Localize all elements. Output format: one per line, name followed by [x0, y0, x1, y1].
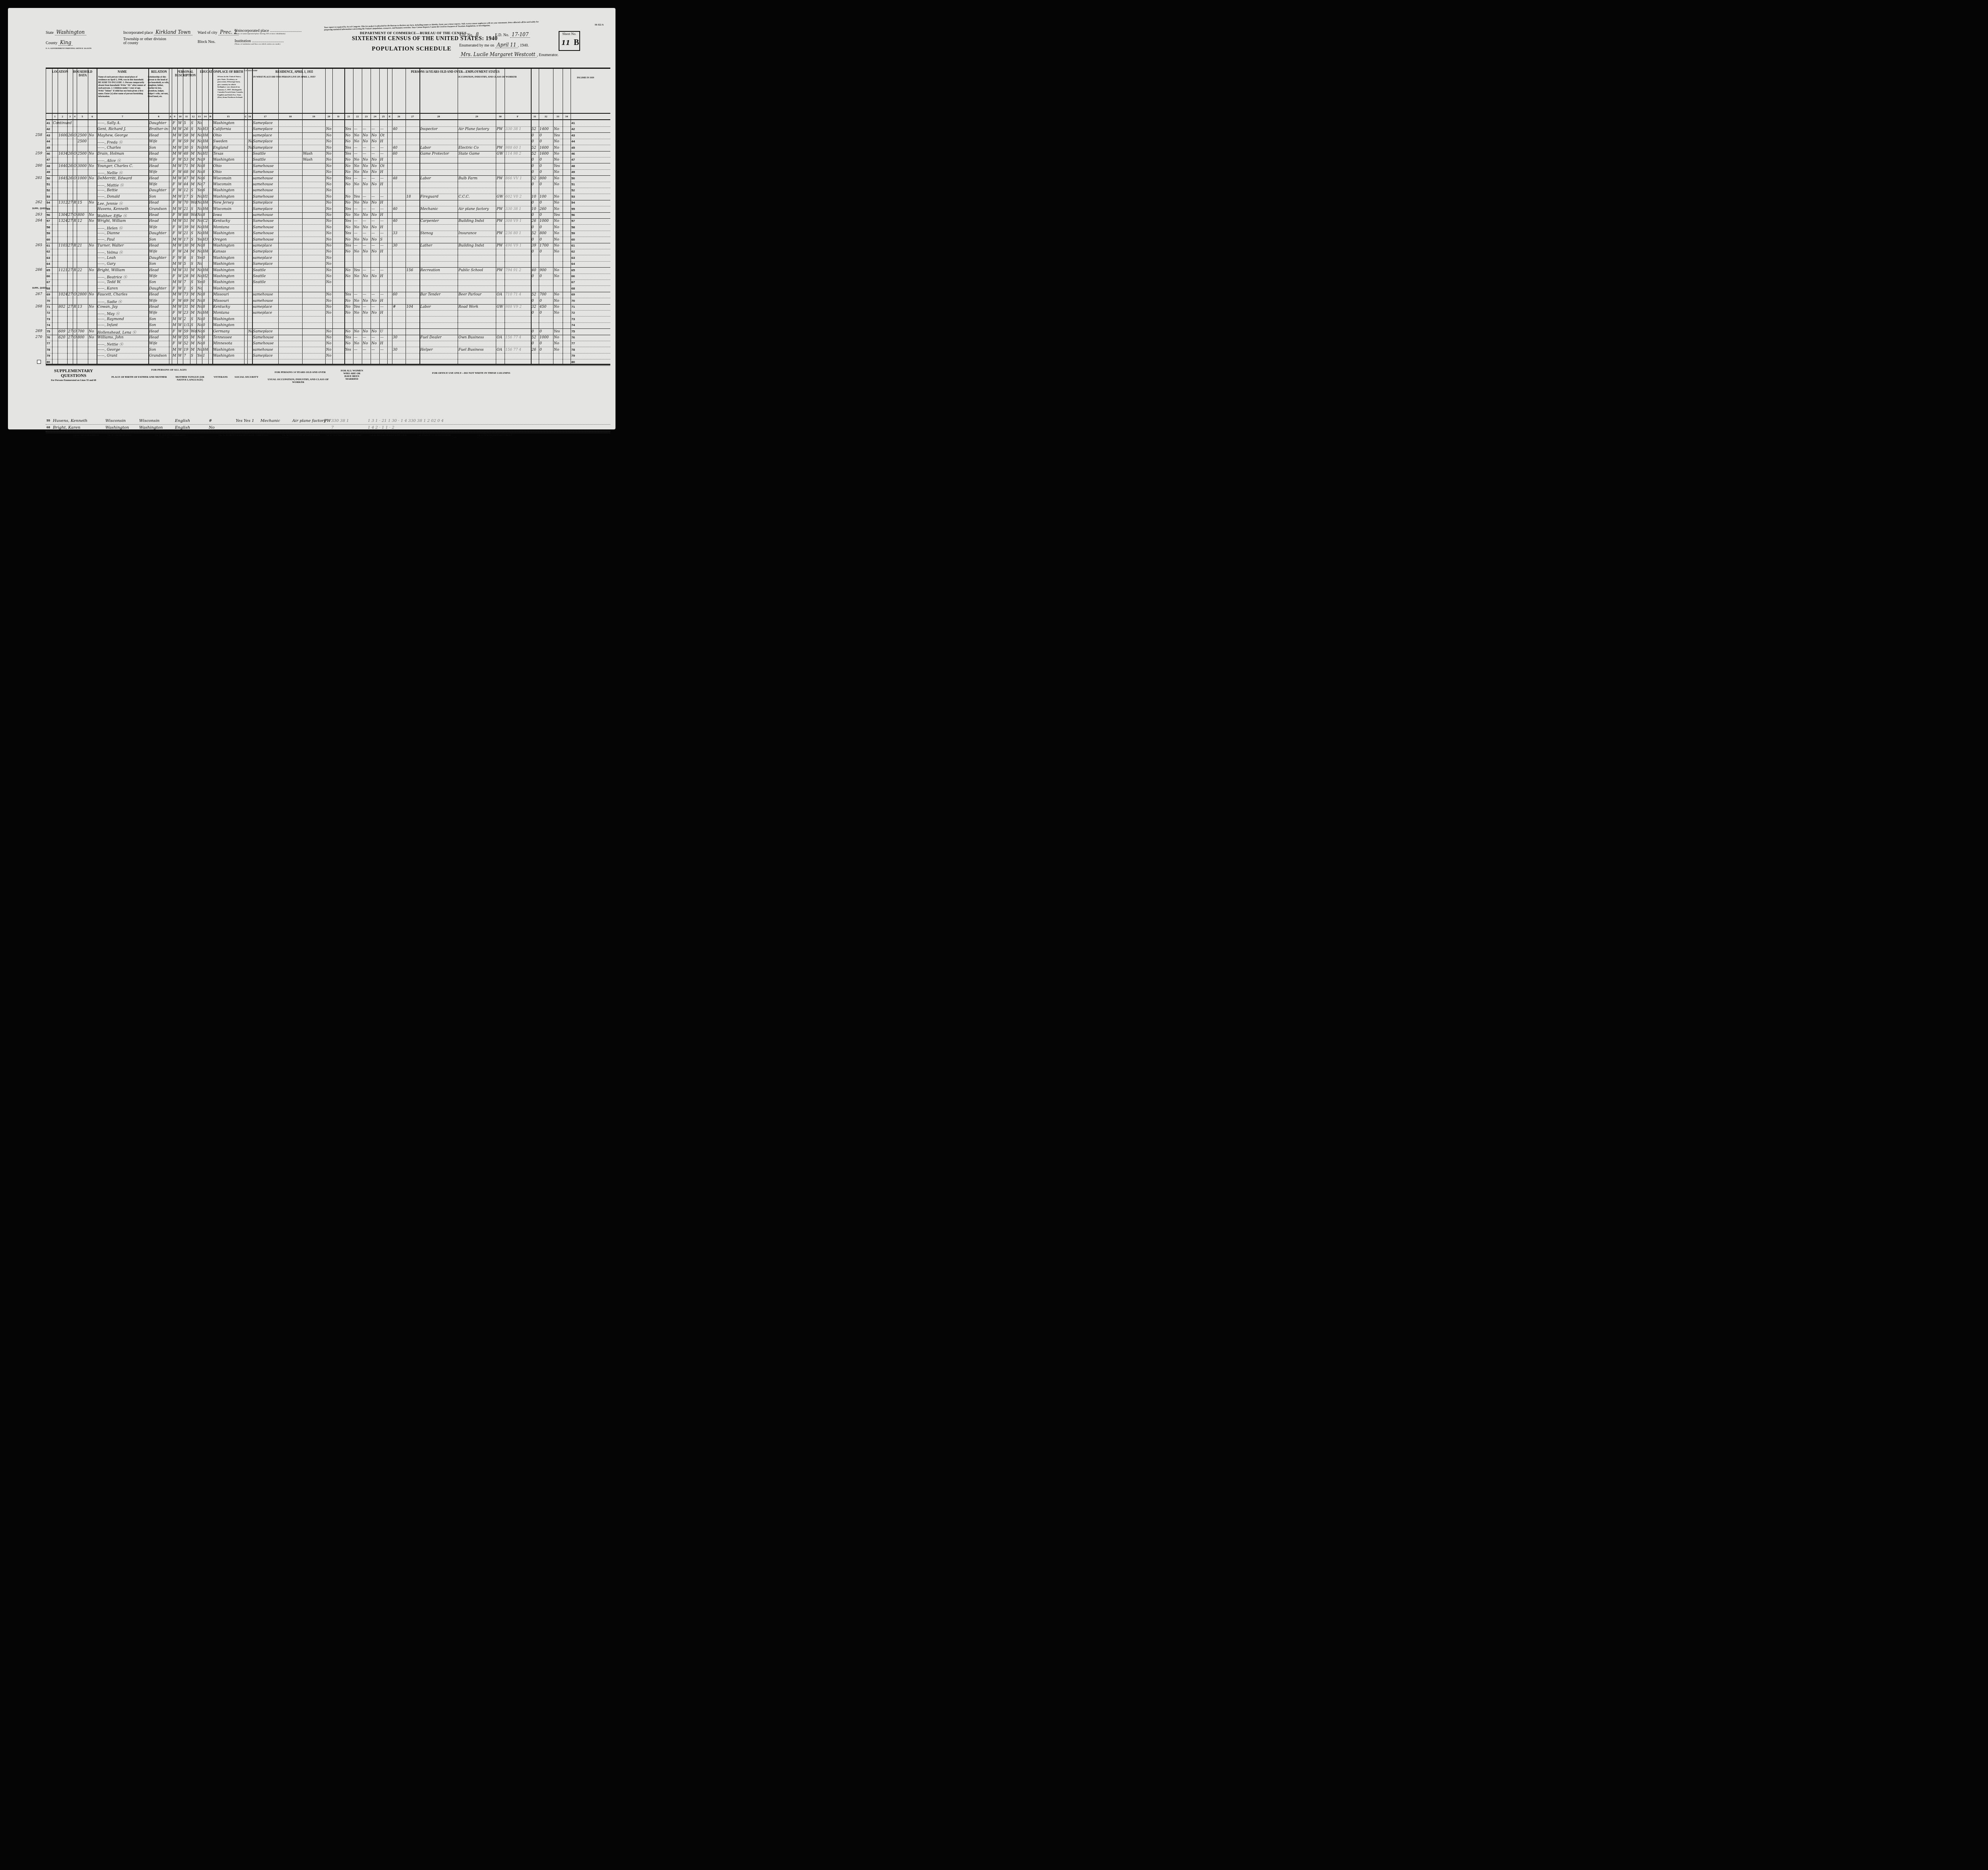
cell-school: No [197, 158, 202, 162]
cell-occupation: Game Protector [420, 152, 458, 156]
cell-weeks: 0 [532, 201, 539, 205]
cell-birth: Washington [213, 280, 244, 284]
cell-ln: 45 [571, 146, 579, 150]
cell-other-inc: No [554, 152, 563, 156]
cell-hh: 277 [68, 305, 73, 309]
cell-res-city: Sameplace [253, 127, 278, 131]
cell-race: W [178, 342, 183, 346]
cell-name: Walther, Effie ⓧ [97, 213, 148, 218]
cell-sex: M [173, 348, 177, 352]
cell-birth: Texas [213, 152, 244, 156]
cell-emerg: — [354, 348, 362, 352]
cell-birth: Washington [213, 121, 244, 125]
column-number: 13 [196, 115, 202, 118]
sd-field: S.D. No. 8 [459, 32, 480, 37]
cell-hh: 272 [68, 219, 73, 223]
cell-sex: M [173, 134, 177, 138]
cell-hh: 274 [68, 244, 73, 248]
cell-ln: 46 [571, 152, 579, 155]
cell-weeks: 0 [532, 134, 539, 138]
cell-school: No [197, 287, 202, 291]
cell-job: No [371, 299, 379, 303]
visitation-number: 261 [35, 176, 42, 180]
cell-name: ——, Mattie ⓧ [97, 183, 148, 188]
cell-sex: F [173, 231, 177, 235]
table-row: 611103274R21NoTurner, WalterHeadMW30MNo8… [46, 243, 610, 249]
cell-emerg: — [354, 244, 362, 248]
cell-ln: 72 [571, 311, 579, 315]
cell-school: Yes [197, 238, 202, 242]
supp-group-14-over: FOR PERSONS 14 YEARS OLD AND OVER [260, 371, 340, 374]
cell-other: H [380, 183, 387, 186]
cell-name: ——, Helen ⓧ [97, 225, 148, 231]
cell-house: 1103 [58, 244, 67, 248]
cell-hours: 48 [393, 177, 406, 181]
column-number: 29 [458, 115, 496, 118]
cell-school: No [197, 219, 202, 223]
cell-ln: 56 [571, 213, 579, 217]
column-number: 34 [563, 115, 571, 118]
cell-value: 2500 [78, 134, 88, 138]
cell-name: ——, Infant [97, 323, 148, 327]
column-number: 15 [212, 115, 244, 118]
cell-ln: 54 [571, 201, 579, 204]
cell-birth: Germany [213, 330, 244, 334]
cell-other-inc: No [554, 299, 563, 303]
cell-birth: Oregon [213, 238, 244, 242]
cell-citizenship: Na [248, 146, 252, 150]
cell-weeks: 0 [532, 274, 539, 278]
cell-seek: No [363, 183, 371, 186]
cell-race: W [178, 188, 183, 192]
cell-school: No [197, 244, 202, 248]
cell-name: ——, Grant [97, 354, 148, 358]
supp-cell-deductions: Yes [244, 419, 251, 423]
cell-school: No [197, 177, 202, 181]
cell-job: — [371, 146, 379, 150]
household-continued-checkbox[interactable] [37, 360, 41, 364]
cell-job: No [371, 238, 379, 242]
cell-race: W [178, 280, 183, 284]
cell-other-inc: No [554, 219, 563, 223]
cell-age: 26 [184, 127, 190, 131]
column-divider [52, 69, 52, 364]
column-divider [392, 69, 392, 364]
column-divider [362, 69, 362, 364]
cell-house: 1600 [58, 134, 67, 138]
census-sheet: Your report is required by Act of Congre… [8, 8, 615, 429]
cell-grade: C2 [203, 219, 208, 223]
cell-seek: — [363, 293, 371, 297]
cell-name: ——, Karen [97, 287, 148, 291]
cell-at-work: No [345, 183, 353, 186]
incorporated-place-value: Kirkland Town [154, 29, 192, 35]
cell-job: — [371, 152, 379, 156]
cell-sex: M [173, 177, 177, 181]
cell-ln: 69 [571, 293, 579, 296]
cell-marital: S [191, 127, 196, 131]
cell-relation: Head [149, 330, 169, 334]
cell-sex: F [173, 311, 177, 315]
cell-relation: Son [149, 238, 169, 242]
table-row: 52——, BettieDaughterFW12SYes6Washingtons… [46, 188, 610, 194]
cell-ln: 59 [47, 231, 52, 235]
cell-relation: Head [149, 336, 169, 340]
cell-emerg: — [354, 231, 362, 235]
cell-ln: 55 [47, 207, 52, 211]
cell-other: H [380, 158, 387, 162]
cell-name: ——, Raymond [97, 317, 148, 321]
cell-hours: 30 [393, 244, 406, 248]
cell-at-work: Yes [345, 127, 353, 131]
cell-seek: — [363, 219, 371, 223]
cell-age: 7 [184, 354, 190, 358]
cell-birth: Kentucky [213, 219, 244, 223]
cell-job: No [371, 170, 379, 174]
cell-sex: F [173, 256, 177, 260]
cell-res-city: samehouse [253, 188, 278, 192]
cell-job: No [371, 274, 379, 278]
cell-weeks: 10 [532, 207, 539, 211]
suppl-quest-marker: SUPPL. QUEST. [32, 287, 47, 289]
cell-code-f: 710 71 4 [505, 293, 531, 297]
cell-at-work: No [345, 330, 353, 334]
supp-cell-father: Wisconsin [105, 419, 139, 423]
column-headers: LOCATION HOUSEHOLD DATA NAME RELATION PE… [46, 69, 610, 114]
cell-race: W [178, 311, 183, 315]
cell-grade: H4 [203, 134, 208, 138]
cell-class: OA [497, 336, 505, 340]
cell-seek: — [363, 207, 371, 211]
supp-group-veterans: VETERANS [209, 376, 233, 379]
cell-industry: Building Indst [458, 244, 496, 248]
unincorporated-field: Unincorporated place ...................… [235, 29, 302, 35]
cell-birth: Washington [213, 158, 244, 162]
cell-sex: M [173, 262, 177, 266]
cell-other-inc: No [554, 274, 563, 278]
cell-ln: 58 [47, 225, 52, 229]
cell-birth: Ohio [213, 170, 244, 174]
cell-res-city: Seattle [253, 274, 278, 278]
cell-grade: 7 [203, 183, 208, 186]
column-number: A [169, 115, 172, 118]
cell-relation: Daughter [149, 188, 169, 192]
cell-own: O [74, 152, 77, 156]
cell-farm: No [89, 336, 97, 340]
cell-birth: Ohio [213, 164, 244, 168]
cell-industry: Air Plane factory [458, 127, 496, 131]
cell-sex: M [173, 280, 177, 284]
cell-at-work: Yes [345, 348, 353, 352]
cell-school: No [197, 330, 202, 334]
cell-class: PW [497, 146, 505, 150]
column-number: 1 [52, 115, 58, 118]
cell-age: 69 [184, 299, 190, 303]
cell-marital: Wd [191, 201, 196, 205]
cell-grade: H4 [203, 268, 208, 272]
cell-other-inc: No [554, 268, 563, 272]
cell-ln: 58 [571, 225, 579, 229]
cell-res-farm: No [326, 268, 332, 272]
cell-res-city: Samehouse [253, 238, 278, 242]
cell-name: ——, Donald [97, 195, 148, 199]
cell-ln: 67 [571, 280, 579, 284]
cell-emerg: — [354, 293, 362, 297]
sheet-side: B [574, 38, 579, 47]
cell-emerg: Yes [354, 305, 362, 309]
cell-unemp: 156 [406, 268, 419, 272]
cell-relation: Daughter [149, 287, 169, 291]
cell-res-city: samehouse [253, 293, 278, 297]
cell-wages: 0 [540, 311, 553, 315]
cell-ln: 41 [571, 121, 579, 125]
cell-class: OA [497, 348, 505, 352]
cell-grade: H4 [203, 231, 208, 235]
table-row: 561304271O800NoWalther, Effie ⓧHeadFW68W… [46, 213, 610, 219]
cell-industry: Insurance [458, 231, 496, 235]
supp-cell-mother: Washington [139, 425, 173, 430]
cell-emerg: No [354, 299, 362, 303]
cell-other: — [380, 177, 387, 181]
cell-ln: 50 [47, 177, 52, 180]
supp-cell-name: Bright, Karen [53, 425, 105, 430]
table-row: 442500——, Freda ⓧWifeFW59MNoH4SwedenNaSa… [46, 139, 610, 145]
cell-marital: S [191, 317, 196, 321]
cell-name: Cowan, Jay [97, 305, 148, 309]
table-row: 41——, Sally A.DaughterFW5SNoWashingtonSa… [46, 121, 610, 127]
column-divider [169, 69, 169, 364]
ward-field: Ward of city Prec. 2 [198, 29, 239, 35]
cell-job: — [371, 348, 379, 352]
cell-ln: 51 [571, 183, 579, 186]
cell-occupation: Carpenter [420, 219, 458, 223]
cell-ln: 69 [47, 293, 52, 296]
cell-birth: Washington [213, 268, 244, 272]
cell-emerg: No [354, 134, 362, 138]
cell-res-city: Sameplace [253, 207, 278, 211]
cell-ln: 63 [47, 256, 52, 260]
cell-seek: No [363, 342, 371, 346]
cell-ln: 71 [571, 305, 579, 309]
cell-res-city: Sameplace [253, 262, 278, 266]
cell-wages: 1600 [540, 152, 553, 156]
cell-class: PW [497, 231, 505, 235]
cell-other: H [380, 342, 387, 346]
cell-sex: F [173, 330, 177, 334]
table-row: 55Huvens, KennethGrandsonMW21SNoH4Wiscon… [46, 207, 610, 213]
cell-ln: 48 [571, 164, 579, 168]
cell-res-farm: No [326, 250, 332, 254]
cell-job: — [371, 336, 379, 340]
cell-occupation: Bar Tender [420, 293, 458, 297]
cell-ln: 49 [47, 170, 52, 174]
cell-weeks: 0 [532, 164, 539, 168]
cell-school: No [197, 195, 202, 199]
cell-emerg: Yes [354, 195, 362, 199]
cell-res-city: Seattle [253, 268, 278, 272]
cell-own: O [74, 164, 77, 168]
cell-grade: 8 [203, 164, 208, 168]
cell-birth: Washington [213, 262, 244, 266]
column-divider [212, 69, 213, 364]
cell-marital: M [191, 225, 196, 229]
cell-race: W [178, 299, 183, 303]
table-row: 49——, Nellie ⓧWifeFW68MNo8OhioSamehouseN… [46, 170, 610, 176]
column-divider [563, 69, 563, 364]
cell-birth: Tennessee [213, 336, 244, 340]
cell-age: 12 [184, 188, 190, 192]
column-divider [247, 69, 248, 364]
cell-res-farm: No [326, 244, 332, 248]
cell-relation: Head [149, 201, 169, 205]
cell-grade: 8 [203, 293, 208, 297]
cell-res-city: Samehouse [253, 342, 278, 346]
cell-other-inc: No [554, 244, 563, 248]
cell-ln: 73 [571, 317, 579, 321]
cell-at-work: No [345, 201, 353, 205]
cell-ln: 61 [571, 244, 579, 247]
cell-race: W [178, 201, 183, 205]
cell-age: 51 [184, 219, 190, 223]
visitation-number: 267 [35, 292, 42, 296]
cell-birth: Washington [213, 195, 244, 199]
cell-other: — [380, 336, 387, 340]
cell-relation: Head [149, 305, 169, 309]
cell-ln: 60 [571, 238, 579, 241]
cell-ln: 46 [47, 152, 52, 155]
cell-wages: 1400 [540, 127, 553, 131]
column-divider [73, 69, 73, 364]
cell-name: ——, George [97, 348, 148, 352]
cell-ln: 70 [571, 299, 579, 303]
cell-birth: New Jersey [213, 201, 244, 205]
cell-relation: Head [149, 177, 169, 181]
cell-farm: No [89, 293, 97, 297]
cell-class: GW [497, 152, 505, 156]
cell-seek: — [363, 177, 371, 181]
column-number: 16 [247, 115, 252, 118]
cell-wages: 0 [540, 299, 553, 303]
cell-grade: H4 [203, 250, 208, 254]
cell-wages: 900 [540, 268, 553, 272]
cell-at-work: No [345, 268, 353, 272]
cell-seek: — [363, 127, 371, 131]
cell-other-inc: No [554, 348, 563, 352]
cell-ln: 56 [47, 213, 52, 217]
cell-sex: M [173, 207, 177, 211]
cell-weeks: 0 [532, 330, 539, 334]
cell-res-city: samehouse [253, 299, 278, 303]
table-row: 68——, KarenDaughterFW1SNoWashington68SUP… [46, 286, 610, 292]
cell-wages: 260 [540, 207, 553, 211]
cell-res-city: Sameplace [253, 201, 278, 205]
supp-cell-ln: 68 [47, 425, 52, 429]
cell-name: ——, Beatrice ⓧ [97, 274, 148, 280]
cell-value: 21 [78, 244, 88, 248]
cell-emerg: — [354, 336, 362, 340]
table-row: 8080 [46, 360, 610, 366]
cell-res-city: Sameplace [253, 121, 278, 125]
suppl-quest-marker: SUPPL. QUEST. [32, 208, 47, 210]
cell-other-inc: No [554, 177, 563, 181]
cell-sex: F [173, 342, 177, 346]
cell-ln: 63 [571, 256, 579, 260]
cell-at-work: No [345, 158, 353, 162]
column-divider [177, 69, 178, 364]
cell-res-city: sameplace [253, 244, 278, 248]
cell-relation: Head [149, 219, 169, 223]
cell-emerg: No [354, 311, 362, 315]
cell-marital: S [191, 323, 196, 327]
cell-ln: 57 [571, 219, 579, 223]
cell-race: W [178, 146, 183, 150]
cell-school: No [197, 127, 202, 131]
column-number: 25 [379, 115, 387, 118]
cell-emerg: — [354, 207, 362, 211]
cell-seek: No [363, 170, 371, 174]
column-divider [196, 69, 197, 364]
cell-res-farm: No [326, 311, 332, 315]
cell-birth: Washington [213, 188, 244, 192]
cell-ln: 68 [571, 287, 579, 290]
cell-value: 15 [78, 201, 88, 205]
cell-at-work: No [345, 311, 353, 315]
cell-citizenship: Na [248, 330, 252, 334]
cell-at-work: No [345, 299, 353, 303]
cell-birth: Washington [213, 323, 244, 327]
cell-own: O [74, 213, 77, 217]
cell-res-city: sameplace [253, 134, 278, 138]
cell-seek: — [363, 305, 371, 309]
cell-school: No [197, 305, 202, 309]
table-row: 45——, CharlesSonMW30SNoH4EnglandNaSamepl… [46, 146, 610, 151]
visitation-number: 265 [35, 243, 42, 247]
cell-grade: H1 [203, 152, 208, 156]
sd-value: 8 [474, 32, 481, 38]
cell-age: 7 [184, 280, 190, 284]
cell-value: 800 [78, 336, 88, 340]
cell-emerg: Yes [354, 268, 362, 272]
cell-farm: No [89, 330, 97, 334]
cell-occupation: Labor [420, 177, 458, 181]
column-number: 4 [73, 115, 77, 118]
cell-marital: M [191, 250, 196, 254]
cell-marital: M [191, 293, 196, 297]
cell-res-farm: No [326, 342, 332, 346]
cell-age: 59 [184, 330, 190, 334]
cell-other: — [380, 146, 387, 150]
cell-emerg: — [354, 152, 362, 156]
cell-emerg: — [354, 127, 362, 131]
cell-birth: Iowa [213, 213, 244, 217]
cell-school: No [197, 274, 202, 278]
cell-marital: Wd [191, 213, 196, 217]
cell-sex: M [173, 305, 177, 309]
cell-school: No [197, 170, 202, 174]
supp-cell-usual-class: PW [324, 419, 331, 423]
cell-res-city: samehouse [253, 183, 278, 186]
cell-weeks: 0 [532, 225, 539, 229]
cell-emerg: No [354, 274, 362, 278]
cell-seek: No [363, 311, 371, 315]
cell-res-city: Sameplace [253, 354, 278, 358]
cell-other: Ot [380, 134, 387, 138]
cell-school: No [197, 164, 202, 168]
supp-group-office-use: FOR OFFICE USE ONLY—DO NOT WRITE IN THES… [368, 372, 575, 375]
cell-job: No [371, 342, 379, 346]
column-number: 8 [148, 115, 169, 118]
group-birthplace: PLACE OF BIRTH [217, 70, 245, 74]
